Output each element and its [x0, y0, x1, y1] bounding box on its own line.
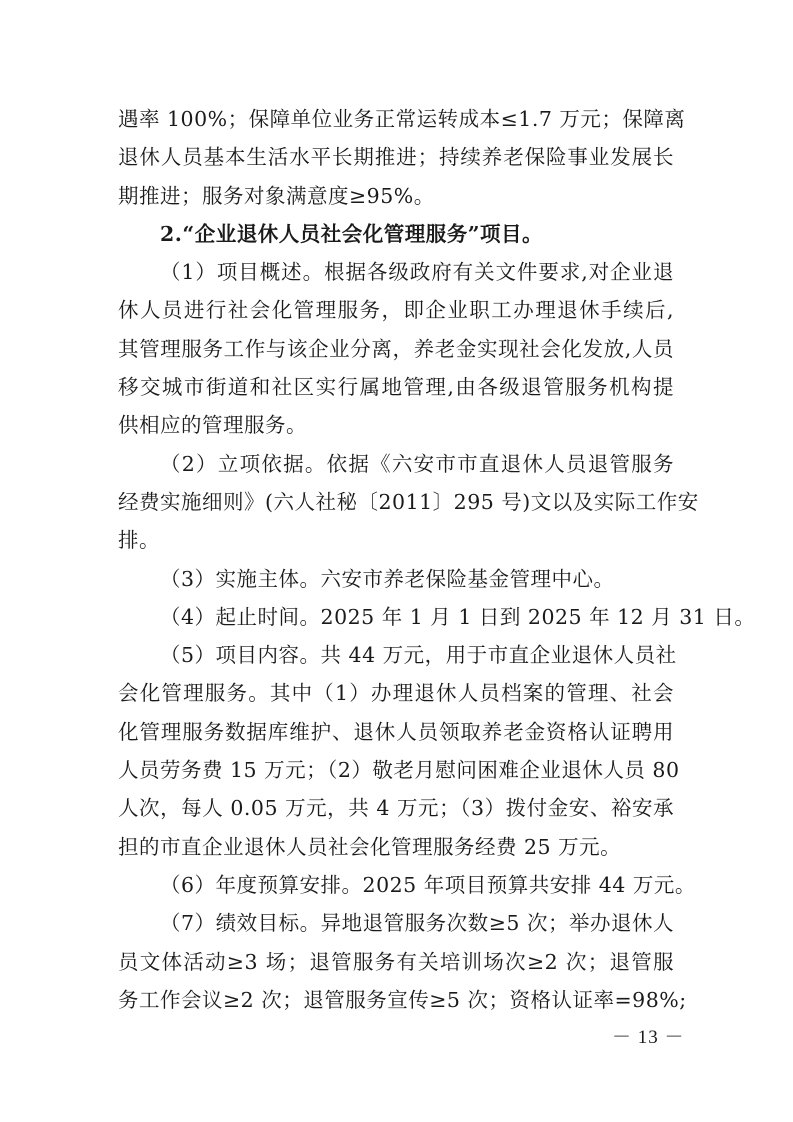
- text-line: 休人员进行社会化管理服务，即企业职工办理退休手续后,: [118, 291, 674, 329]
- text-line: 退休人员基本生活水平长期推进；持续养老保险事业发展长: [118, 138, 674, 176]
- text-line: （7）绩效目标。异地退管服务次数≥5 次；举办退休人: [118, 904, 674, 942]
- text-line: 其管理服务工作与该企业分离，养老金实现社会化发放,人员: [118, 330, 674, 368]
- text-line: 会化管理服务。其中（1）办理退休人员档案的管理、社会: [118, 674, 674, 712]
- text-line: （2）立项依据。依据《六安市市直退休人员退管服务: [118, 445, 674, 483]
- text-line: （5）项目内容。共 44 万元，用于市直企业退休人员社: [118, 636, 674, 674]
- document-page: 遇率 100%；保障单位业务正常运转成本≤1.7 万元；保障离 退休人员基本生活…: [118, 100, 674, 1019]
- text-line: 期推进；服务对象满意度≥95%。: [118, 177, 674, 215]
- section-heading: 2.“企业退休人员社会化管理服务”项目。: [118, 215, 674, 253]
- text-line: 供相应的管理服务。: [118, 406, 674, 444]
- text-line: 遇率 100%；保障单位业务正常运转成本≤1.7 万元；保障离: [118, 100, 674, 138]
- text-line: （4）起止时间。2025 年 1 月 1 日到 2025 年 12 月 31 日…: [118, 598, 674, 636]
- text-line: 经费实施细则》(六人社秘〔2011〕295 号)文以及实际工作安: [118, 483, 674, 521]
- text-line: （6）年度预算安排。2025 年项目预算共安排 44 万元。: [118, 866, 674, 904]
- text-line: 务工作会议≥2 次；退管服务宣传≥5 次；资格认证率=98%;: [118, 981, 674, 1019]
- text-line: 人次，每人 0.05 万元，共 4 万元；（3）拨付金安、裕安承: [118, 789, 674, 827]
- page-number: － 13 －: [612, 1022, 685, 1049]
- text-line: 员文体活动≥3 场；退管服务有关培训场次≥2 次；退管服: [118, 943, 674, 981]
- text-line: 排。: [118, 521, 674, 559]
- text-line: （3）实施主体。六安市养老保险基金管理中心。: [118, 560, 674, 598]
- text-line: 担的市直企业退休人员社会化管理服务经费 25 万元。: [118, 828, 674, 866]
- text-line: 化管理服务数据库维护、退休人员领取养老金资格认证聘用: [118, 713, 674, 751]
- text-line: 移交城市街道和社区实行属地管理,由各级退管服务机构提: [118, 368, 674, 406]
- text-line: 人员劳务费 15 万元；（2）敬老月慰问困难企业退休人员 80: [118, 751, 674, 789]
- text-line: （1）项目概述。根据各级政府有关文件要求,对企业退: [118, 253, 674, 291]
